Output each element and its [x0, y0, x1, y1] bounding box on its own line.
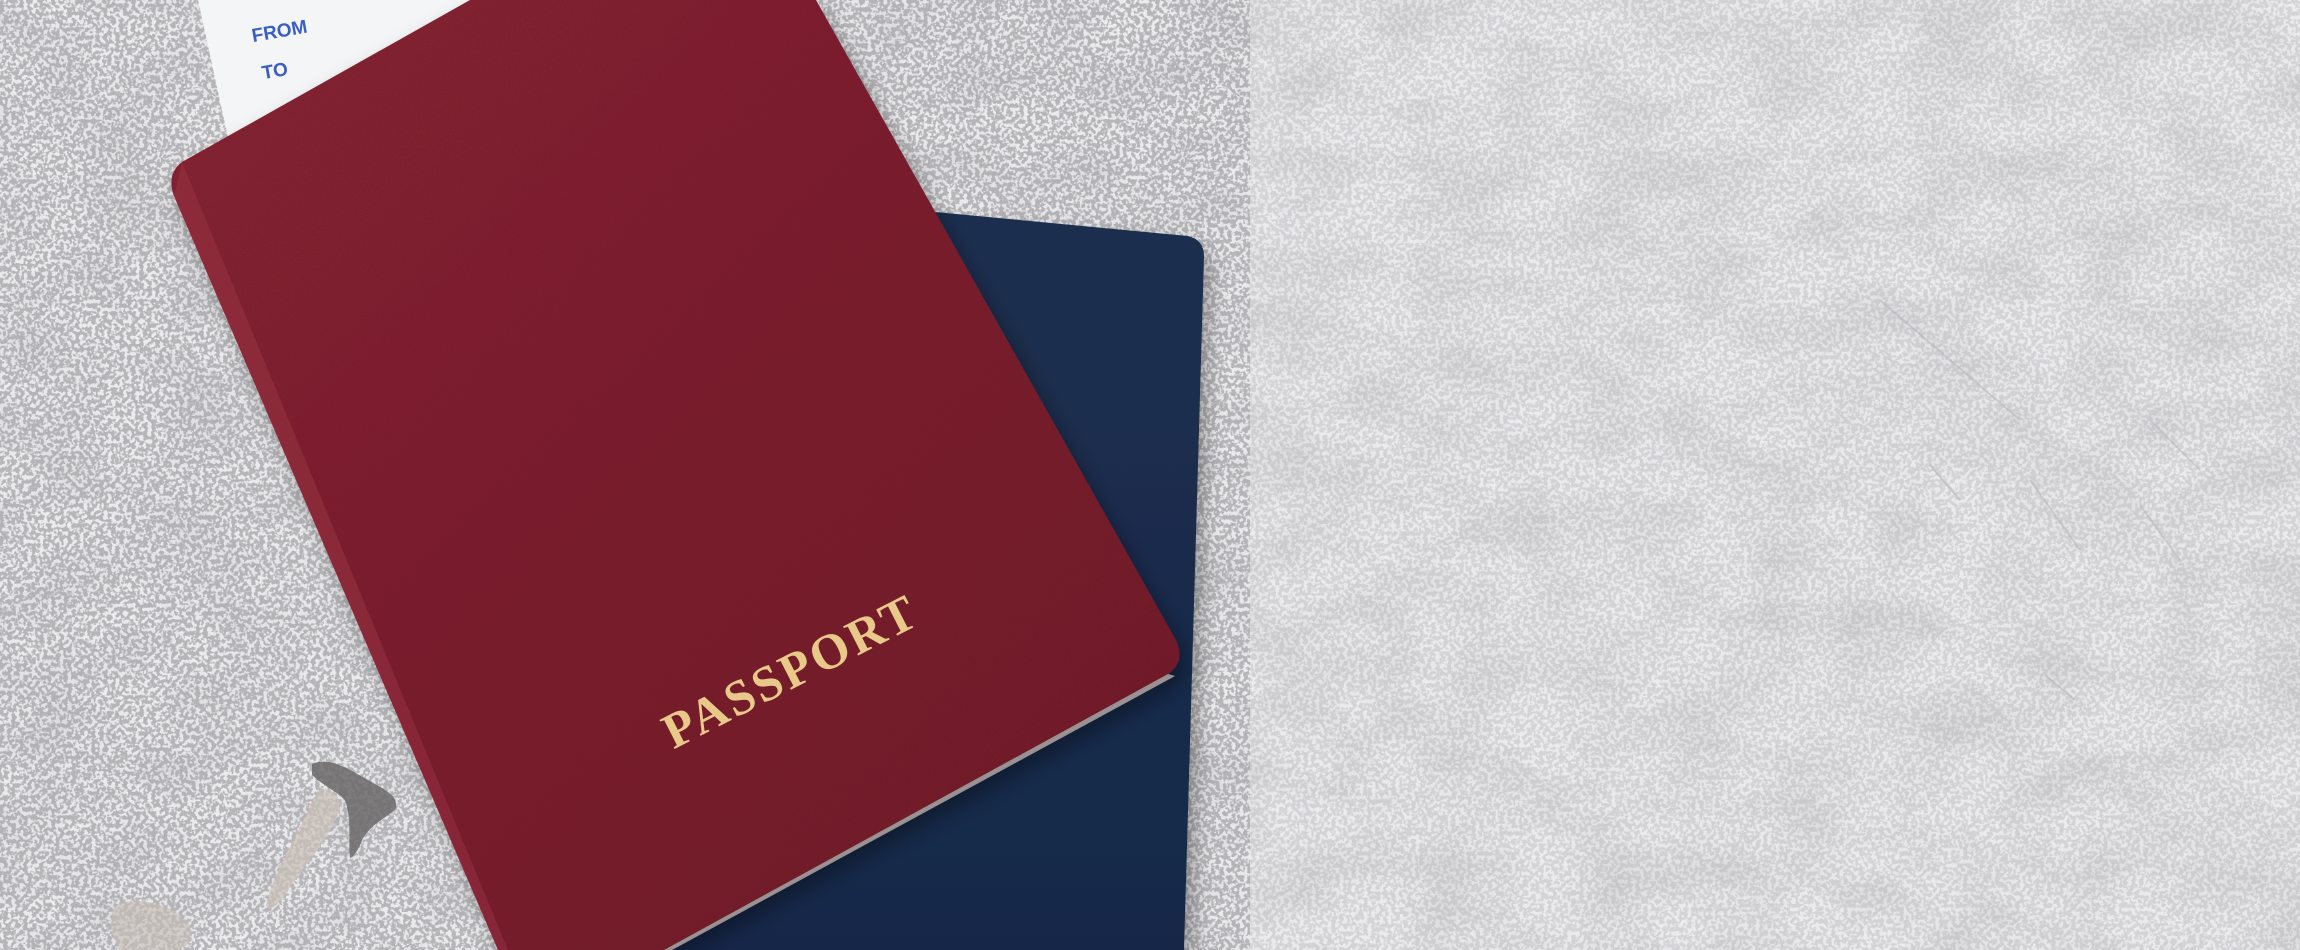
- photo-scene: FROM TO PASSPORT: [0, 0, 2300, 950]
- ticket-to-label: TO: [260, 59, 289, 84]
